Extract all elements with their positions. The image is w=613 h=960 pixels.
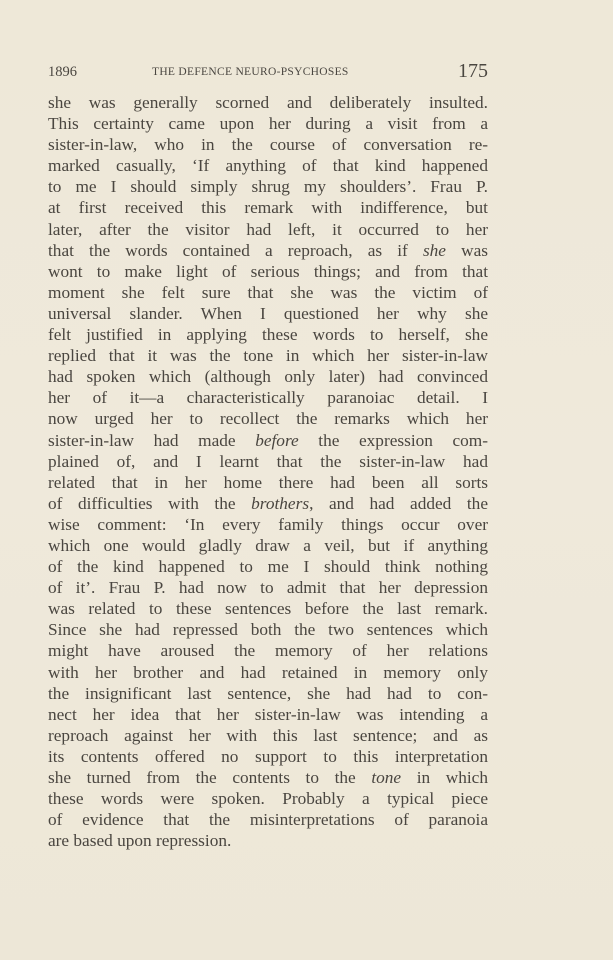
text-line: at first received this remark with indif… (48, 197, 488, 218)
text-line: to me I should simply shrug my shoulders… (48, 176, 488, 197)
text-run: This certainty came upon her during a vi… (48, 114, 488, 133)
text-run: , and had added the (309, 494, 488, 513)
text-line: of difficulties with the brothers, and h… (48, 493, 488, 514)
text-run: the insignificant last sentence, she had… (48, 684, 488, 703)
text-line: related that in her home there had been … (48, 472, 488, 493)
text-run: its contents offered no support to this … (48, 747, 488, 766)
text-line: marked casually, ‘If anything of that ki… (48, 155, 488, 176)
text-line: reproach against her with this last sent… (48, 725, 488, 746)
text-run: to me I should simply shrug my shoulders… (48, 177, 488, 196)
text-line: sister-in-law had made before the expres… (48, 430, 488, 451)
text-run: her of it—a characteristically paranoiac… (48, 388, 488, 407)
book-page: 1896 THE DEFENCE NEURO-PSYCHOSES 175 she… (0, 0, 613, 960)
text-line: felt justified in applying these words t… (48, 324, 488, 345)
text-run: was (446, 241, 488, 260)
text-run: the expression com- (299, 431, 488, 450)
page-number: 175 (458, 60, 488, 83)
text-line: these words were spoken. Probably a typi… (48, 788, 488, 809)
text-line: its contents offered no support to this … (48, 746, 488, 767)
text-line: nect her idea that her sister-in-law was… (48, 704, 488, 725)
text-line: which one would gladly draw a veil, but … (48, 535, 488, 556)
italic-emphasis: brothers (251, 494, 309, 513)
text-run: in which (401, 768, 488, 787)
running-head-title: THE DEFENCE NEURO-PSYCHOSES (152, 66, 349, 78)
italic-emphasis: before (255, 431, 299, 450)
text-run: now urged her to recollect the remarks w… (48, 409, 488, 428)
text-run: of difficulties with the (48, 494, 251, 513)
text-run: sister-in-law, who in the course of conv… (48, 135, 488, 154)
text-line: moment she felt sure that she was the vi… (48, 282, 488, 303)
text-run: nect her idea that her sister-in-law was… (48, 705, 488, 724)
text-line: she was generally scorned and deliberate… (48, 92, 488, 113)
italic-emphasis: she (423, 241, 446, 260)
text-run: these words were spoken. Probably a typi… (48, 789, 488, 808)
text-line: This certainty came upon her during a vi… (48, 113, 488, 134)
text-line: wont to make light of serious things; an… (48, 261, 488, 282)
text-line: universal slander. When I questioned her… (48, 303, 488, 324)
text-run: sister-in-law had made (48, 431, 255, 450)
text-run: related that in her home there had been … (48, 473, 488, 492)
text-line: her of it—a characteristically paranoiac… (48, 387, 488, 408)
body-text: she was generally scorned and deliberate… (48, 92, 488, 851)
text-run: reproach against her with this last sent… (48, 726, 488, 745)
text-line: with her brother and had retained in mem… (48, 662, 488, 683)
text-run: of the kind happened to me I should thin… (48, 557, 488, 576)
text-line: plained of, and I learnt that the sister… (48, 451, 488, 472)
text-run: are based upon repression. (48, 831, 231, 850)
text-run: moment she felt sure that she was the vi… (48, 283, 488, 302)
text-run: had spoken which (although only later) h… (48, 367, 488, 386)
text-run: with her brother and had retained in mem… (48, 663, 488, 682)
text-run: which one would gladly draw a veil, but … (48, 536, 488, 555)
running-head-year: 1896 (48, 64, 77, 81)
text-run: she was generally scorned and deliberate… (48, 93, 488, 112)
text-line: now urged her to recollect the remarks w… (48, 408, 488, 429)
text-line: Since she had repressed both the two sen… (48, 619, 488, 640)
text-run: she turned from the contents to the (48, 768, 371, 787)
text-run: at first received this remark with indif… (48, 198, 488, 217)
text-run: was related to these sentences before th… (48, 599, 488, 618)
text-run: that the words contained a reproach, as … (48, 241, 423, 260)
text-run: marked casually, ‘If anything of that ki… (48, 156, 488, 175)
running-head: 1896 THE DEFENCE NEURO-PSYCHOSES 175 (48, 58, 488, 88)
text-line: are based upon repression. (48, 830, 488, 851)
text-run: Since she had repressed both the two sen… (48, 620, 488, 639)
text-run: wise comment: ‘In every family things oc… (48, 515, 488, 534)
text-run: might have aroused the memory of her rel… (48, 641, 488, 660)
text-line: she turned from the contents to the tone… (48, 767, 488, 788)
text-line: of the kind happened to me I should thin… (48, 556, 488, 577)
text-run: replied that it was the tone in which he… (48, 346, 488, 365)
text-run: later, after the visitor had left, it oc… (48, 220, 488, 239)
text-line: sister-in-law, who in the course of conv… (48, 134, 488, 155)
text-line: had spoken which (although only later) h… (48, 366, 488, 387)
text-line: of evidence that the misinterpretations … (48, 809, 488, 830)
text-line: later, after the visitor had left, it oc… (48, 219, 488, 240)
text-line: the insignificant last sentence, she had… (48, 683, 488, 704)
text-line: might have aroused the memory of her rel… (48, 640, 488, 661)
text-run: universal slander. When I questioned her… (48, 304, 488, 323)
text-run: of evidence that the misinterpretations … (48, 810, 488, 829)
italic-emphasis: tone (371, 768, 401, 787)
text-line: wise comment: ‘In every family things oc… (48, 514, 488, 535)
text-line: was related to these sentences before th… (48, 598, 488, 619)
text-run: of it’. Frau P. had now to admit that he… (48, 578, 488, 597)
text-line: that the words contained a reproach, as … (48, 240, 488, 261)
text-run: felt justified in applying these words t… (48, 325, 488, 344)
text-run: wont to make light of serious things; an… (48, 262, 488, 281)
text-line: replied that it was the tone in which he… (48, 345, 488, 366)
text-line: of it’. Frau P. had now to admit that he… (48, 577, 488, 598)
text-run: plained of, and I learnt that the sister… (48, 452, 488, 471)
